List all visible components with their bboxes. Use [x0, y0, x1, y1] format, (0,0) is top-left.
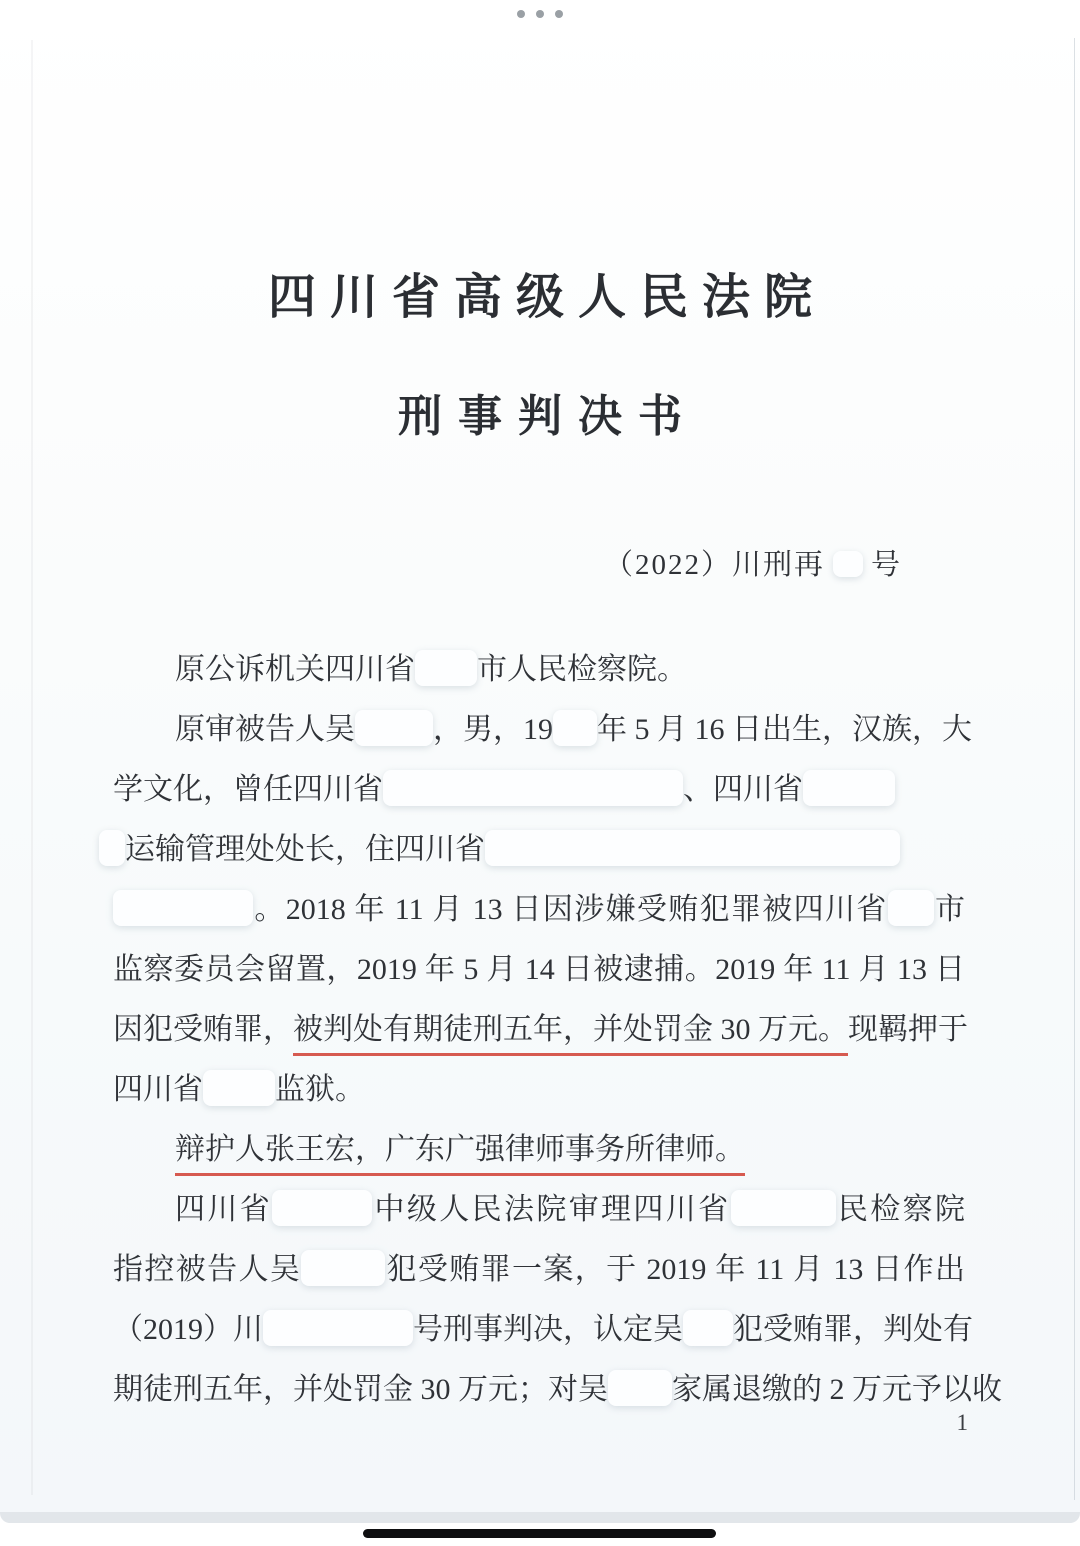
document-line: 。2018 年 11 月 13 日因涉嫌受贿犯罪被四川省市: [113, 880, 965, 940]
text-segment: 运输管理处处长，住四川省: [125, 833, 485, 866]
redaction: [99, 830, 125, 866]
text-segment: 四川省: [113, 1073, 203, 1106]
document-line: 原公诉机关四川省市人民检察院。: [113, 640, 965, 700]
text-segment: 。2018 年 11 月 13 日因涉嫌受贿犯罪被四川省: [253, 893, 888, 926]
text-segment: 原审被告人吴: [175, 713, 355, 746]
dot-icon: [536, 10, 544, 18]
text-segment: 市人民检察院。: [477, 653, 687, 686]
text-segment: 号刑事判决，认定吴: [413, 1313, 683, 1346]
redaction: [803, 770, 895, 806]
sheet-bottom-edge: [0, 1512, 1080, 1523]
document-line: 四川省监狱。: [113, 1060, 965, 1120]
text-segment: 学文化，曾任四川省: [113, 773, 383, 806]
redaction: [833, 551, 863, 577]
document-preview[interactable]: 四川省高级人民法院 刑事判决书 （2022）川刑再号 原公诉机关四川省市人民检察…: [0, 0, 1080, 1513]
text-segment: 中级人民法院审理四川省: [372, 1193, 730, 1226]
redaction: [888, 890, 934, 926]
dot-icon: [555, 10, 563, 18]
text-segment: 现羁押于: [848, 1013, 968, 1046]
document-line: 监察委员会留置，2019 年 5 月 14 日被逮捕。2019 年 11 月 1…: [113, 940, 965, 1000]
case-number-suffix: 号: [871, 549, 902, 581]
redaction: [553, 710, 597, 746]
redaction: [272, 1190, 372, 1226]
dot-icon: [517, 10, 525, 18]
home-indicator[interactable]: [363, 1529, 716, 1538]
text-segment: 市: [934, 893, 965, 926]
text-segment: 四川省: [175, 1193, 272, 1226]
redaction: [355, 710, 433, 746]
text-segment: 原公诉机关四川省: [175, 653, 415, 686]
underlined-text-segment: 辩护人张王宏，广东广强律师事务所律师。: [175, 1133, 745, 1176]
text-segment: 家属退缴的 2 万元予以收: [672, 1373, 1002, 1406]
document-line: 因犯受贿罪，被判处有期徒刑五年，并处罚金 30 万元。现羁押于: [113, 1000, 965, 1060]
text-segment: 年 5 月 16 日出生，汉族，大: [597, 713, 972, 746]
document-line: 期徒刑五年，并处罚金 30 万元；对吴家属退缴的 2 万元予以收: [113, 1360, 965, 1420]
text-segment: （2019）川: [113, 1313, 263, 1346]
text-segment: 指控被告人吴: [113, 1253, 301, 1286]
document-line: 运输管理处处长，住四川省: [113, 820, 965, 880]
text-segment: ，男，19: [433, 713, 553, 746]
text-segment: 民检察院: [836, 1193, 965, 1226]
document-line: 原审被告人吴，男，19年 5 月 16 日出生，汉族，大: [113, 700, 965, 760]
text-segment: 因犯受贿罪，: [113, 1013, 293, 1046]
document-type-title: 刑事判决书: [0, 380, 1080, 444]
redaction: [113, 890, 253, 926]
redaction: [485, 830, 900, 866]
document-body: 原公诉机关四川省市人民检察院。原审被告人吴，男，19年 5 月 16 日出生，汉…: [113, 640, 965, 1420]
redaction: [683, 1310, 733, 1346]
redaction: [301, 1250, 385, 1286]
redaction: [415, 650, 477, 686]
document-line: 指控被告人吴犯受贿罪一案，于 2019 年 11 月 13 日作出: [113, 1240, 965, 1300]
redaction: [263, 1310, 413, 1346]
document-line: 辩护人张王宏，广东广强律师事务所律师。: [113, 1120, 965, 1180]
document-line: 学文化，曾任四川省、四川省: [113, 760, 965, 820]
redaction: [383, 770, 683, 806]
text-segment: 监狱。: [275, 1073, 365, 1106]
document-line: 四川省中级人民法院审理四川省民检察院: [113, 1180, 965, 1240]
document-line: （2019）川号刑事判决，认定吴犯受贿罪，判处有: [113, 1300, 965, 1360]
case-number: （2022）川刑再号: [604, 542, 902, 583]
court-title: 四川省高级人民法院: [0, 258, 1080, 327]
text-segment: 监察委员会留置，2019 年 5 月 14 日被逮捕。2019 年 11 月 1…: [113, 953, 965, 986]
underlined-text-segment: 被判处有期徒刑五年，并处罚金 30 万元。: [293, 1013, 848, 1056]
redaction: [608, 1370, 672, 1406]
more-dots-icon[interactable]: [0, 10, 1080, 18]
text-segment: 期徒刑五年，并处罚金 30 万元；对吴: [113, 1373, 608, 1406]
redaction: [731, 1190, 836, 1226]
text-segment: 、四川省: [683, 773, 803, 806]
text-segment: 犯受贿罪一案，于 2019 年 11 月 13 日作出: [385, 1253, 965, 1286]
case-number-prefix: （2022）川刑再: [604, 549, 825, 581]
text-segment: 犯受贿罪，判处有: [733, 1313, 973, 1346]
redaction: [203, 1070, 275, 1106]
page-number: 1: [957, 1410, 969, 1436]
